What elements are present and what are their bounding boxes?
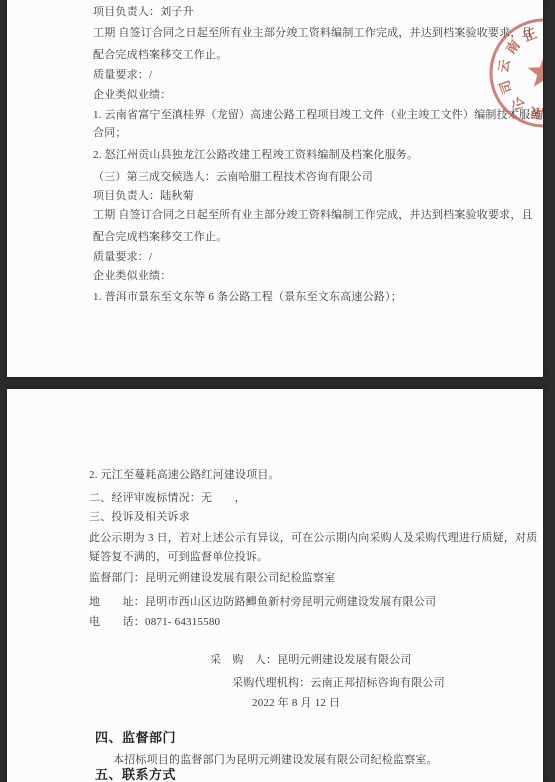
purchaser-line: 采 购 人：昆明元朔建设发展有限公司	[210, 652, 412, 668]
doc-line: 2. 元江至蔓耗高速公路红河建设项目。	[89, 467, 280, 483]
star-icon	[528, 56, 543, 87]
company-seal: 云 南 正 邦 招 标 咨 询 有 限 公 司	[474, 3, 543, 143]
doc-line: 质量要求：/	[93, 67, 152, 83]
doc-line: 企业类似业绩：	[93, 87, 171, 103]
doc-line: 合同；	[93, 125, 127, 141]
doc-line: 二、经评审废标情况：无 ，	[89, 490, 246, 506]
doc-line: 工期 自签订合同之日起至所有业主部分竣工资料编制工作完成，并达到档案验收要求，且	[93, 25, 533, 41]
doc-line: 监督部门：昆明元朔建设发展有限公司纪检监察室	[89, 570, 335, 586]
supervision-body-line: 本招标项目的监督部门为昆明元朔建设发展有限公司纪检监察室。	[113, 752, 438, 768]
document-page-2: 2. 元江至蔓耗高速公路红河建设项目。 二、经评审废标情况：无 ， 三、投诉及相…	[7, 389, 543, 782]
doc-line: 企业类似业绩：	[93, 268, 171, 284]
doc-line: 此公示期为 3 日，若对上述公示有异议，可在公示期内向采购人及采购代理进行质疑，…	[89, 530, 537, 546]
seal-char: 限	[529, 104, 543, 121]
seal-char: 南	[503, 37, 523, 57]
doc-line: 质量要求：/	[93, 249, 152, 265]
seal-char: 正	[521, 26, 538, 45]
seal-char: 公	[507, 93, 527, 113]
seal-char: 司	[497, 78, 516, 95]
doc-line: 配合完成档案移交工作止。	[93, 229, 227, 245]
doc-line: 2. 怒江州贡山县独龙江公路改建工程竣工资料编制及档案化服务。	[93, 147, 418, 163]
document-viewer[interactable]: 项目负责人：刘子升 工期 自签订合同之日起至所有业主部分竣工资料编制工作完成，并…	[0, 0, 555, 782]
doc-line: 1. 普洱市景东至文东等 6 条公路工程（景东至文东高速公路）；	[93, 289, 402, 305]
date-line: 2022 年 8 月 12 日	[252, 695, 340, 711]
doc-line: （三）第三成交候选人：云南哈腊工程技术咨询有限公司	[93, 169, 373, 185]
section-heading-contact: 五、联系方式	[95, 767, 176, 782]
doc-line: 地 址：昆明市西山区边防路鲫鱼新村旁昆明元朔建设发展有限公司	[89, 594, 436, 610]
doc-line: 工期 自签订合同之日起至所有业主部分竣工资料编制工作完成，并达到档案验收要求，且	[93, 207, 533, 223]
section-heading-supervision: 四、监督部门	[95, 730, 176, 746]
document-page-1: 项目负责人：刘子升 工期 自签订合同之日起至所有业主部分竣工资料编制工作完成，并…	[7, 0, 543, 377]
doc-line: 疑答复不满的，可到监督单位投诉。	[89, 549, 268, 565]
doc-line: 项目负责人：刘子升	[93, 4, 194, 20]
doc-line: 电 话：0871- 64315580	[89, 614, 220, 630]
doc-line: 配合完成档案移交工作止。	[93, 47, 227, 63]
agent-line: 采购代理机构：云南正邦招标咨询有限公司	[232, 675, 445, 691]
seal-char: 云	[496, 58, 513, 73]
doc-line: 三、投诉及相关诉求	[89, 509, 190, 525]
doc-line: 项目负责人：陆秋菊	[93, 188, 194, 204]
